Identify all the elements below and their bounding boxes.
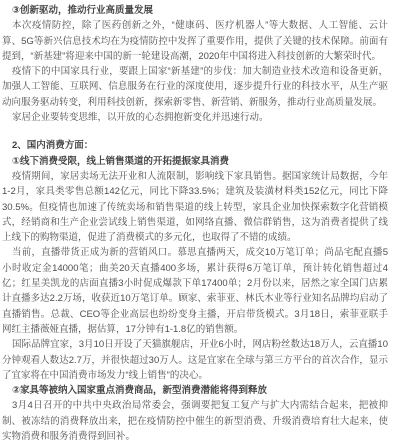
section-heading-domestic-consumption: 2、国内消费方面： bbox=[2, 138, 388, 153]
section-heading-online-sales-channel: ①线下消费受限，线上销售渠道的开拓提振家具消费 bbox=[2, 154, 388, 169]
paragraph-furniture-industry-new-infrastructure: 疫情下的中国家具行业，要跟上国家“新基建”的步伐：加大制造业技术改造和设备更新，… bbox=[2, 64, 388, 110]
section-heading-key-consumer-goods: ②家具等被纳入国家重点消费商品，新型消费潜能将得到释放 bbox=[2, 383, 388, 398]
section-gap bbox=[2, 125, 388, 138]
paragraph-livestream-sales-cases: 当前，直播带货正成为新的营销风口。慕思直播两天，成交10万笔订单；尚品宅配直播5… bbox=[2, 245, 388, 337]
paragraph-mindset-change: 家居企业要转变思维，以开放的心态拥抱新变化并迅速行动。 bbox=[2, 110, 388, 125]
section-heading-innovation-driven: ③创新驱动，推动行业高质量发展 bbox=[2, 3, 388, 18]
article-page: ③创新驱动，推动行业高质量发展 本次疫情防控，除了医药创新之外，“健康码、医疗机… bbox=[0, 0, 400, 447]
paragraph-politburo-meeting-consumption: 3月4日召开的中共中央政治局常委会，强调要把复工复产与扩大内需结合起来，把被抑制… bbox=[2, 398, 388, 444]
paragraph-ikea-tmall-store: 国际品牌宜家，3月10日开设了天猫旗舰店，开业6小时，网店粉丝数达18万人，云直… bbox=[2, 337, 388, 383]
paragraph-epidemic-tech-role: 本次疫情防控，除了医药创新之外，“健康码、医疗机器人”等大数据、人工智能、云计算… bbox=[2, 18, 388, 64]
paragraph-offline-restricted-online-transition: 疫情期间，家居卖场无法开业和人流限制，影响线下家具销售。据国家统计局数据，今年1… bbox=[2, 169, 388, 245]
